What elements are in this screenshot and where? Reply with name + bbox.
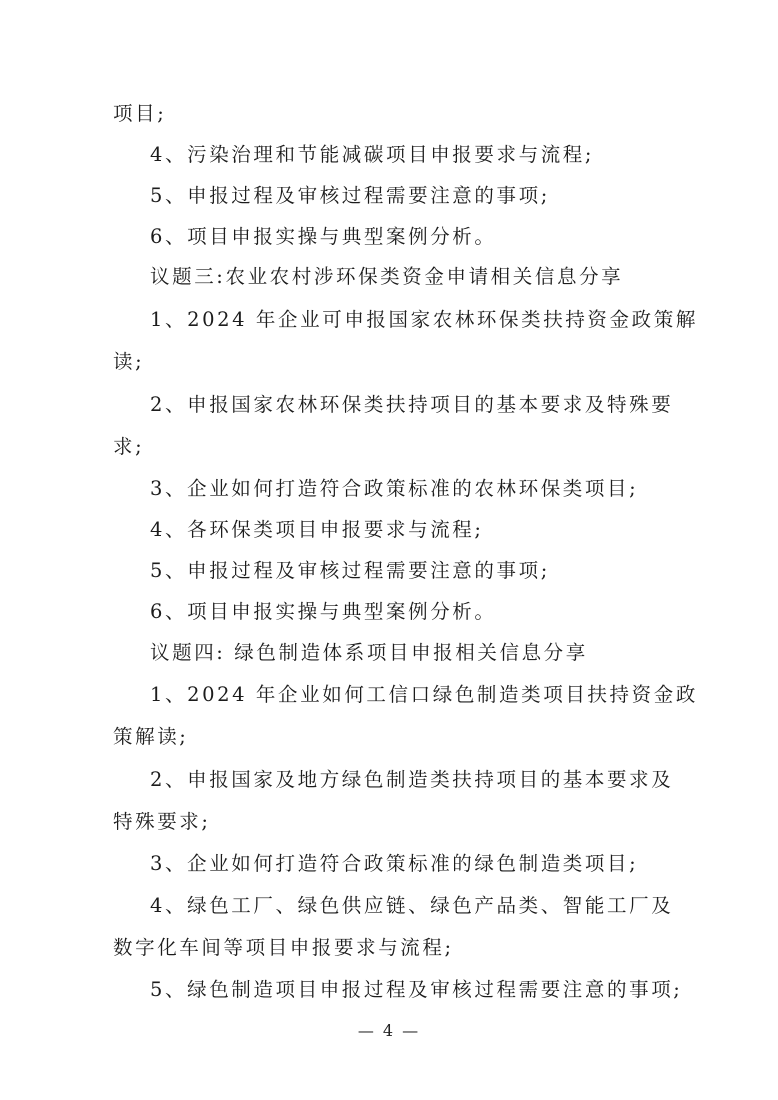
text-line: 4、各环保类项目申报要求与流程;	[150, 518, 484, 542]
text-line: 6、项目申报实操与典型案例分析。	[150, 600, 497, 624]
text-line: 5、申报过程及审核过程需要注意的事项;	[150, 184, 550, 208]
text-line: 1、2024 年企业可申报国家农林环保类扶持资金政策解	[150, 308, 698, 332]
text-line: 2、申报国家及地方绿色制造类扶持项目的基本要求及	[150, 768, 673, 792]
text-line: 3、企业如何打造符合政策标准的绿色制造类项目;	[150, 852, 638, 876]
text-line: 5、申报过程及审核过程需要注意的事项;	[150, 559, 550, 583]
text-line: 数字化车间等项目申报要求与流程;	[113, 936, 454, 960]
text-line: 策解读;	[113, 725, 188, 749]
text-line: 4、污染治理和节能减碳项目申报要求与流程;	[150, 143, 594, 167]
text-line: 1、2024 年企业如何工信口绿色制造类项目扶持资金政	[150, 683, 698, 707]
text-line: 5、绿色制造项目申报过程及审核过程需要注意的事项;	[150, 978, 682, 1002]
page-number: — 4 —	[0, 1021, 778, 1040]
text-line: 项目;	[113, 102, 166, 126]
text-line: 3、企业如何打造符合政策标准的农林环保类项目;	[150, 477, 638, 501]
text-line: 读;	[113, 350, 144, 374]
text-line: 6、项目申报实操与典型案例分析。	[150, 225, 497, 249]
text-line: 4、绿色工厂、绿色供应链、绿色产品类、智能工厂及	[150, 894, 673, 918]
text-line: 求;	[113, 435, 144, 459]
text-line: 特殊要求;	[113, 810, 211, 834]
document-page: 项目;4、污染治理和节能减碳项目申报要求与流程;5、申报过程及审核过程需要注意的…	[0, 0, 778, 1100]
text-line: 2、申报国家农林环保类扶持项目的基本要求及特殊要	[150, 393, 673, 417]
text-line: 议题四: 绿色制造体系项目申报相关信息分享	[150, 641, 588, 665]
text-line: 议题三:农业农村涉环保类资金申请相关信息分享	[150, 265, 623, 289]
